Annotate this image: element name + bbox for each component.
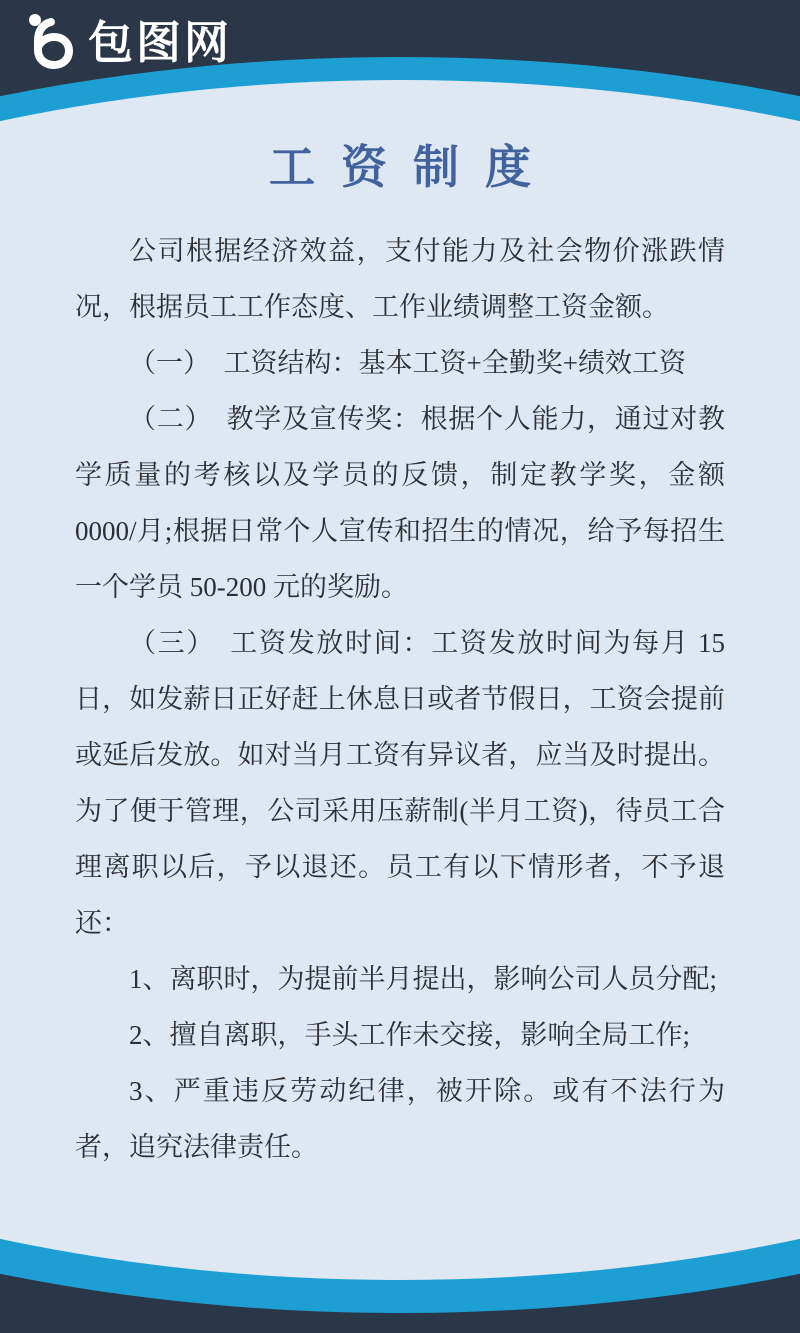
paragraph-item-2: （二） 教学及宣传奖：根据个人能力，通过对教学质量的考核以及学员的反馈，制定教学… <box>75 391 725 615</box>
brand-logo: 包图网 <box>22 10 232 75</box>
poster-background: 包图网 工资制度 公司根据经济效益，支付能力及社会物价涨跌情况，根据员工工作态度… <box>0 0 800 1333</box>
page-title: 工资制度 <box>75 140 725 195</box>
document-body: 公司根据经济效益，支付能力及社会物价涨跌情况，根据员工工作态度、工作业绩调整工资… <box>75 223 725 1175</box>
paragraph-sub-3: 3、严重违反劳动纪律，被开除。或有不法行为者，追究法律责任。 <box>75 1063 725 1175</box>
paragraph-intro: 公司根据经济效益，支付能力及社会物价涨跌情况，根据员工工作态度、工作业绩调整工资… <box>75 223 725 335</box>
paragraph-sub-1: 1、离职时，为提前半月提出，影响公司人员分配; <box>75 951 725 1007</box>
ibaotu-b-icon <box>22 10 78 75</box>
paragraph-sub-2: 2、擅自离职，手头工作未交接，影响全局工作; <box>75 1007 725 1063</box>
brand-logo-text: 包图网 <box>88 20 232 65</box>
paragraph-item-3: （三） 工资发放时间：工资发放时间为每月 15 日，如发薪日正好赶上休息日或者节… <box>75 615 725 951</box>
paragraph-item-1: （一） 工资结构：基本工资+全勤奖+绩效工资 <box>75 335 725 391</box>
document-content: 工资制度 公司根据经济效益，支付能力及社会物价涨跌情况，根据员工工作态度、工作业… <box>75 140 725 1175</box>
